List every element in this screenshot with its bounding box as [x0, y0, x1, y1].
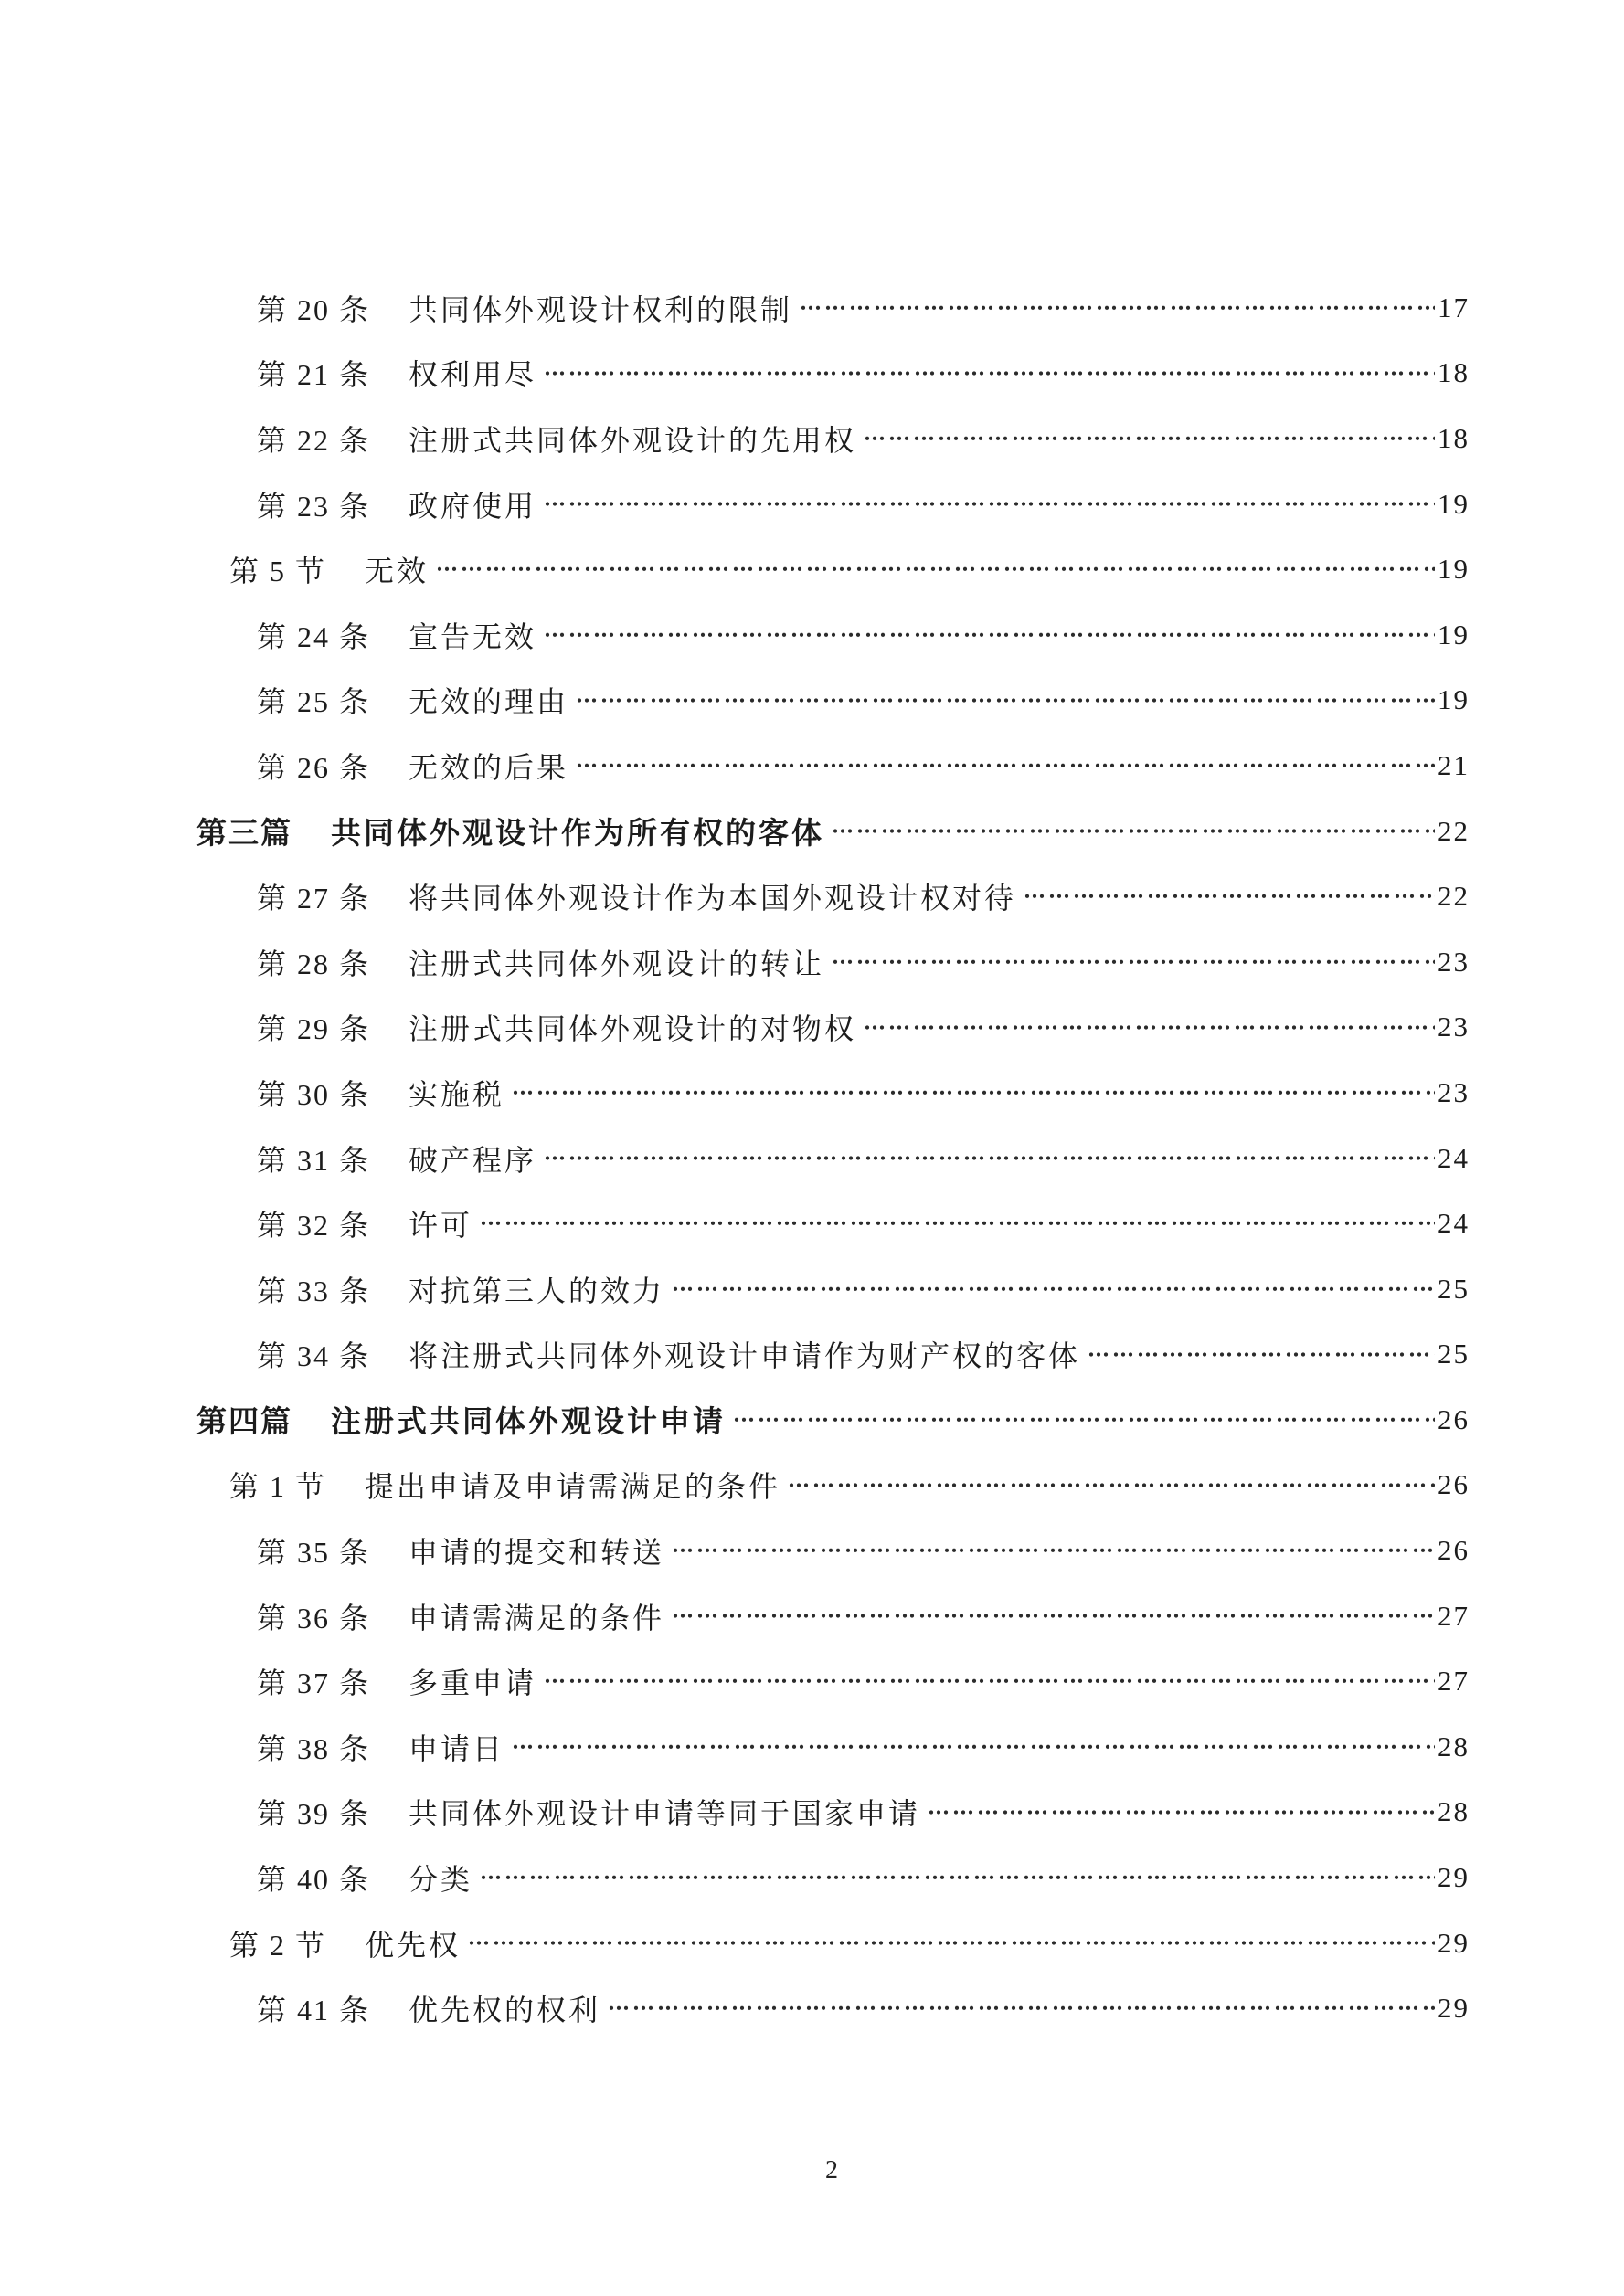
toc-entry-page: 25 — [1438, 1338, 1470, 1370]
toc-entry-page: 29 — [1438, 1927, 1470, 1960]
toc-entry-part: 第三篇 共同体外观设计作为所有权的客体 22 — [0, 799, 1470, 864]
toc-entry-title: 分类 — [409, 1857, 472, 1899]
toc-entry-page: 25 — [1438, 1273, 1470, 1306]
toc-entry-label: 第 22 条 — [257, 418, 370, 460]
toc-entry-label: 第四篇 — [196, 1398, 292, 1441]
toc-entry-title: 共同体外观设计权利的限制 — [409, 287, 792, 329]
toc-entry-title: 申请需满足的条件 — [409, 1595, 664, 1637]
toc-entry-title: 权利用尽 — [409, 352, 536, 394]
dot-leader — [576, 733, 1435, 799]
toc-entry-page: 19 — [1438, 683, 1470, 716]
toc-entry-title: 优先权 — [365, 1922, 461, 1964]
toc-entry-label: 第 39 条 — [257, 1791, 370, 1833]
toc-entry-label: 第 25 条 — [257, 679, 370, 721]
toc-entry-section: 第 5 节 无效 19 — [0, 536, 1470, 602]
toc-entry-title: 共同体外观设计作为所有权的客体 — [331, 809, 824, 852]
toc-entry-label: 第 5 节 — [229, 548, 326, 590]
toc-entry-page: 19 — [1438, 488, 1470, 521]
toc-entry-label: 第 36 条 — [257, 1595, 370, 1637]
toc-entry-article: 第 40 条 分类 29 — [0, 1845, 1470, 1910]
toc-entry-title: 实施税 — [409, 1072, 504, 1114]
toc-entry-title: 将注册式共同体外观设计申请作为财产权的客体 — [409, 1333, 1080, 1375]
dot-leader — [480, 1845, 1435, 1910]
toc-entry-label: 第 23 条 — [257, 483, 370, 525]
toc-entry-page: 19 — [1438, 553, 1470, 586]
toc-entry-title: 共同体外观设计申请等同于国家申请 — [409, 1791, 920, 1833]
toc-entry-title: 对抗第三人的效力 — [409, 1268, 664, 1310]
dot-leader — [832, 929, 1435, 995]
toc-list: 第 20 条 共同体外观设计权利的限制 17 第 21 条 权利用尽 18 第 … — [0, 275, 1470, 2041]
toc-entry-page: 26 — [1438, 1403, 1470, 1436]
dot-leader — [480, 1190, 1435, 1256]
toc-entry-section: 第 1 节 提出申请及申请需满足的条件 26 — [0, 1453, 1470, 1518]
toc-entry-title: 注册式共同体外观设计的转让 — [409, 941, 824, 983]
toc-entry-title: 申请日 — [409, 1726, 504, 1768]
toc-entry-title: 无效 — [365, 548, 429, 590]
toc-entry-article: 第 37 条 多重申请 27 — [0, 1648, 1470, 1714]
toc-entry-page: 17 — [1438, 291, 1470, 324]
dot-leader — [576, 668, 1435, 734]
dot-leader — [1024, 863, 1435, 929]
toc-entry-title: 许可 — [409, 1202, 472, 1244]
toc-entry-page: 28 — [1438, 1730, 1470, 1763]
toc-entry-label: 第 24 条 — [257, 614, 370, 656]
dot-leader — [468, 1910, 1435, 1976]
toc-entry-article: 第 33 条 对抗第三人的效力 25 — [0, 1256, 1470, 1322]
toc-entry-article: 第 30 条 实施税 23 — [0, 1060, 1470, 1126]
toc-entry-title: 将共同体外观设计作为本国外观设计权对待 — [409, 875, 1016, 917]
dot-leader — [1088, 1322, 1435, 1388]
toc-entry-article: 第 38 条 申请日 28 — [0, 1714, 1470, 1780]
toc-entry-page: 24 — [1438, 1207, 1470, 1240]
toc-entry-page: 29 — [1438, 1861, 1470, 1894]
toc-entry-article: 第 31 条 破产程序 24 — [0, 1126, 1470, 1191]
toc-entry-article: 第 24 条 宣告无效 19 — [0, 602, 1470, 668]
toc-entry-label: 第 21 条 — [257, 352, 370, 394]
toc-entry-page: 27 — [1438, 1665, 1470, 1698]
toc-entry-article: 第 35 条 申请的提交和转送 26 — [0, 1518, 1470, 1583]
toc-entry-page: 23 — [1438, 1076, 1470, 1109]
dot-leader — [512, 1060, 1435, 1126]
dot-leader — [864, 406, 1435, 471]
dot-leader — [800, 275, 1435, 341]
toc-entry-title: 破产程序 — [409, 1137, 536, 1180]
toc-entry-label: 第 1 节 — [229, 1464, 326, 1506]
page-footer-number: 2 — [0, 2156, 1624, 2185]
toc-entry-label: 第 2 节 — [229, 1922, 326, 1964]
toc-entry-label: 第 38 条 — [257, 1726, 370, 1768]
toc-entry-title: 无效的后果 — [409, 745, 568, 787]
toc-entry-label: 第 34 条 — [257, 1333, 370, 1375]
toc-entry-title: 优先权的权利 — [409, 1987, 600, 2029]
toc-entry-label: 第 27 条 — [257, 875, 370, 917]
toc-entry-title: 宣告无效 — [409, 614, 536, 656]
toc-entry-label: 第 41 条 — [257, 1987, 370, 2029]
toc-entry-page: 19 — [1438, 619, 1470, 651]
toc-entry-title: 申请的提交和转送 — [409, 1529, 664, 1571]
toc-entry-part: 第四篇 注册式共同体外观设计申请 26 — [0, 1387, 1470, 1453]
toc-entry-title: 无效的理由 — [409, 679, 568, 721]
toc-entry-section: 第 2 节 优先权 29 — [0, 1910, 1470, 1976]
dot-leader — [544, 1126, 1435, 1191]
dot-leader — [608, 1975, 1435, 2041]
toc-entry-article: 第 41 条 优先权的权利 29 — [0, 1975, 1470, 2041]
dot-leader — [672, 1256, 1435, 1322]
toc-entry-title: 注册式共同体外观设计的先用权 — [409, 418, 856, 460]
toc-entry-page: 18 — [1438, 356, 1470, 389]
toc-entry-label: 第 37 条 — [257, 1660, 370, 1702]
dot-leader — [788, 1453, 1435, 1518]
toc-entry-article: 第 22 条 注册式共同体外观设计的先用权 18 — [0, 406, 1470, 471]
toc-entry-label: 第三篇 — [196, 809, 292, 852]
toc-entry-page: 22 — [1438, 815, 1470, 848]
toc-entry-title: 提出申请及申请需满足的条件 — [365, 1464, 780, 1506]
toc-entry-label: 第 35 条 — [257, 1529, 370, 1571]
toc-entry-article: 第 27 条 将共同体外观设计作为本国外观设计权对待 22 — [0, 863, 1470, 929]
toc-entry-title: 政府使用 — [409, 483, 536, 525]
toc-entry-page: 23 — [1438, 946, 1470, 979]
dot-leader — [864, 995, 1435, 1061]
toc-entry-article: 第 36 条 申请需满足的条件 27 — [0, 1583, 1470, 1649]
toc-entry-article: 第 28 条 注册式共同体外观设计的转让 23 — [0, 929, 1470, 995]
toc-entry-label: 第 32 条 — [257, 1202, 370, 1244]
toc-entry-page: 26 — [1438, 1468, 1470, 1501]
toc-entry-article: 第 34 条 将注册式共同体外观设计申请作为财产权的客体 25 — [0, 1322, 1470, 1388]
toc-entry-page: 22 — [1438, 880, 1470, 913]
toc-entry-page: 28 — [1438, 1795, 1470, 1828]
toc-entry-page: 29 — [1438, 1992, 1470, 2025]
dot-leader — [544, 341, 1435, 407]
dot-leader — [544, 602, 1435, 668]
toc-entry-article: 第 32 条 许可 24 — [0, 1190, 1470, 1256]
toc-entry-label: 第 28 条 — [257, 941, 370, 983]
toc-entry-label: 第 29 条 — [257, 1006, 370, 1048]
toc-entry-label: 第 40 条 — [257, 1857, 370, 1899]
dot-leader — [544, 471, 1435, 537]
toc-entry-title: 多重申请 — [409, 1660, 536, 1702]
toc-entry-page: 24 — [1438, 1142, 1470, 1175]
toc-entry-article: 第 26 条 无效的后果 21 — [0, 733, 1470, 799]
toc-entry-article: 第 29 条 注册式共同体外观设计的对物权 23 — [0, 995, 1470, 1061]
toc-entry-page: 18 — [1438, 422, 1470, 455]
toc-entry-page: 21 — [1438, 749, 1470, 782]
dot-leader — [672, 1518, 1435, 1583]
toc-entry-label: 第 26 条 — [257, 745, 370, 787]
toc-entry-page: 26 — [1438, 1534, 1470, 1567]
dot-leader — [832, 799, 1435, 864]
dot-leader — [544, 1648, 1435, 1714]
dot-leader — [512, 1714, 1435, 1780]
toc-entry-title: 注册式共同体外观设计申请 — [331, 1398, 726, 1441]
toc-entry-label: 第 20 条 — [257, 287, 370, 329]
toc-entry-article: 第 21 条 权利用尽 18 — [0, 341, 1470, 407]
dot-leader — [928, 1780, 1435, 1846]
toc-entry-article: 第 23 条 政府使用 19 — [0, 471, 1470, 537]
toc-entry-label: 第 31 条 — [257, 1137, 370, 1180]
dot-leader — [733, 1387, 1435, 1453]
toc-entry-page: 23 — [1438, 1010, 1470, 1043]
toc-entry-label: 第 33 条 — [257, 1268, 370, 1310]
toc-entry-article: 第 39 条 共同体外观设计申请等同于国家申请 28 — [0, 1780, 1470, 1846]
document-page: 第 20 条 共同体外观设计权利的限制 17 第 21 条 权利用尽 18 第 … — [0, 0, 1624, 2296]
dot-leader — [672, 1583, 1435, 1649]
toc-entry-article: 第 20 条 共同体外观设计权利的限制 17 — [0, 275, 1470, 341]
toc-entry-article: 第 25 条 无效的理由 19 — [0, 668, 1470, 734]
toc-entry-page: 27 — [1438, 1600, 1470, 1633]
toc-entry-title: 注册式共同体外观设计的对物权 — [409, 1006, 856, 1048]
dot-leader — [436, 536, 1435, 602]
toc-entry-label: 第 30 条 — [257, 1072, 370, 1114]
